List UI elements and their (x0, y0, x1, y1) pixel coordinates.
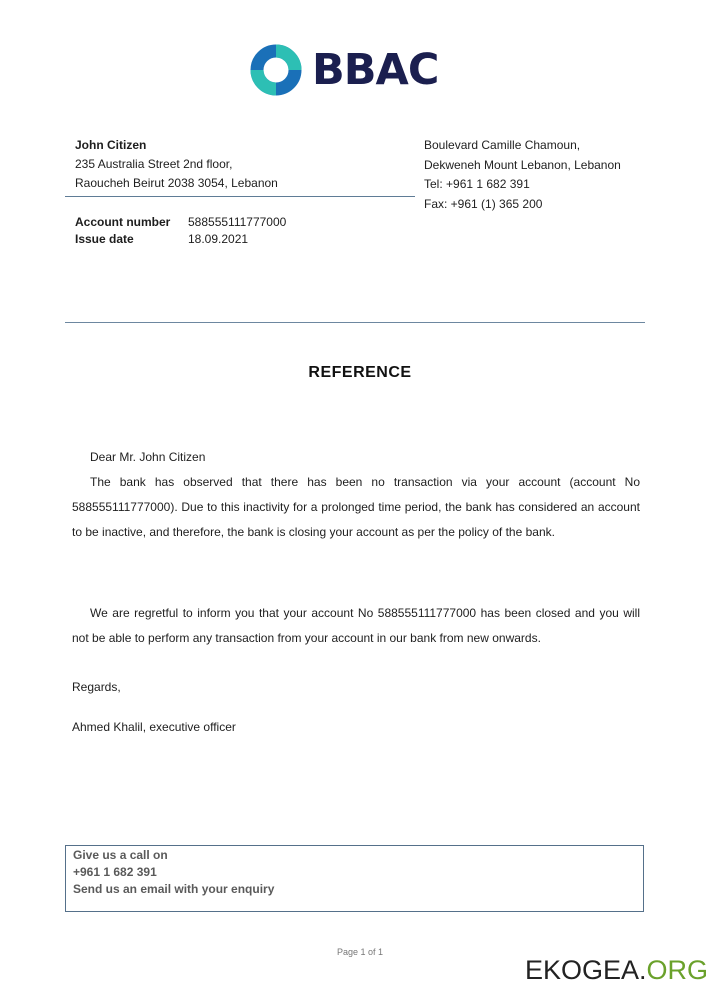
recipient-address-line2: Raoucheh Beirut 2038 3054, Lebanon (75, 174, 278, 193)
bank-fax: Fax: +961 (1) 365 200 (424, 195, 621, 215)
contact-phone: +961 1 682 391 (73, 864, 643, 881)
account-info: Account number 588555111777000 Issue dat… (75, 214, 286, 248)
signature: Ahmed Khalil, executive officer (72, 720, 236, 734)
bbac-ring-logo-icon (250, 44, 302, 96)
recipient-address: John Citizen 235 Australia Street 2nd fl… (75, 136, 278, 193)
bank-address: Boulevard Camille Chamoun, Dekweneh Moun… (424, 136, 621, 214)
paragraph-2: We are regretful to inform you that your… (72, 601, 640, 651)
contact-email-label: Send us an email with your enquiry (73, 881, 643, 898)
contact-box: Give us a call on +961 1 682 391 Send us… (65, 845, 644, 912)
header-divider (65, 196, 415, 197)
section-divider (65, 322, 645, 323)
bank-logo: BBAC (250, 40, 438, 100)
recipient-address-line1: 235 Australia Street 2nd floor, (75, 155, 278, 174)
issue-date-value: 18.09.2021 (188, 231, 248, 248)
watermark: EKOGEA.ORG (525, 955, 708, 986)
greeting: Dear Mr. John Citizen (90, 450, 205, 464)
watermark-main: EKOGEA. (525, 955, 647, 985)
logo-text: BBAC (312, 49, 438, 92)
letter-title: REFERENCE (0, 364, 720, 382)
bank-address-line2: Dekweneh Mount Lebanon, Lebanon (424, 156, 621, 176)
watermark-suffix: ORG (646, 955, 708, 985)
bank-tel: Tel: +961 1 682 391 (424, 175, 621, 195)
bank-address-line1: Boulevard Camille Chamoun, (424, 136, 621, 156)
closing: Regards, (72, 680, 121, 694)
account-number-value: 588555111777000 (188, 214, 286, 231)
account-number-label: Account number (75, 214, 188, 231)
issue-date-label: Issue date (75, 231, 188, 248)
paragraph-1: The bank has observed that there has bee… (72, 470, 640, 545)
recipient-name: John Citizen (75, 136, 278, 155)
contact-call-label: Give us a call on (73, 847, 643, 864)
